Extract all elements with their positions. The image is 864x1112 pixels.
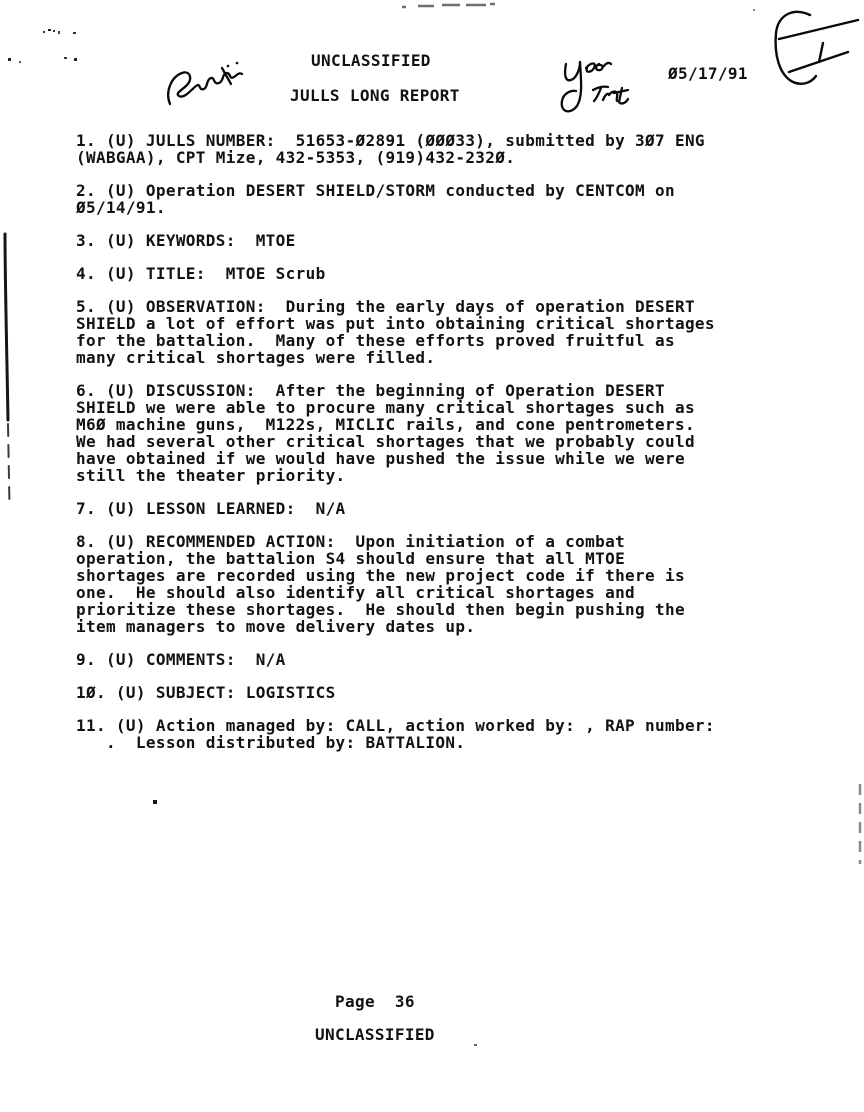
field-julls-number: 1. (U) JULLS NUMBER: 51653-Ø2891 (ØØØ33)… (76, 132, 776, 166)
scan-speckle (64, 57, 67, 59)
scan-speckle (58, 31, 60, 34)
report-title: JULLS LONG REPORT (290, 87, 460, 104)
field-comments: 9. (U) COMMENTS: N/A (76, 651, 776, 668)
scan-speckle (53, 30, 55, 32)
handwriting-yes-int-annotation (562, 62, 628, 111)
field-lesson-learned: 7. (U) LESSON LEARNED: N/A (76, 500, 776, 517)
field-recommended-action: 8. (U) RECOMMENDED ACTION: Upon initiati… (76, 533, 776, 635)
field-action-managed: 11. (U) Action managed by: CALL, action … (76, 717, 776, 751)
scan-speckle (43, 31, 45, 33)
top-edge-dash-artifact (402, 4, 495, 7)
scan-speckle (753, 9, 755, 11)
scan-speckle (153, 800, 157, 804)
scan-speckle (73, 32, 76, 34)
scan-speckle (474, 1044, 477, 1046)
scanned-document-page: UNCLASSIFIED JULLS LONG REPORT Ø5/17/91 … (0, 0, 864, 1112)
field-operation: 2. (U) Operation DESERT SHIELD/STORM con… (76, 182, 776, 216)
field-observation: 5. (U) OBSERVATION: During the early day… (76, 298, 776, 366)
left-edge-line-artifact (5, 234, 10, 506)
field-keywords: 3. (U) KEYWORDS: MTOE (76, 232, 776, 249)
field-title: 4. (U) TITLE: MTOE Scrub (76, 265, 776, 282)
report-date: Ø5/17/91 (668, 65, 748, 82)
page-number: Page 36 (335, 993, 415, 1010)
report-body: 1. (U) JULLS NUMBER: 51653-Ø2891 (ØØØ33)… (76, 132, 776, 767)
handwriting-sustain-annotation (168, 62, 242, 104)
field-discussion: 6. (U) DISCUSSION: After the beginning o… (76, 382, 776, 484)
circled-numeral-mark (776, 12, 858, 84)
scan-speckle (74, 58, 77, 61)
classification-header: UNCLASSIFIED (311, 52, 431, 69)
scan-speckle (8, 58, 11, 61)
classification-footer: UNCLASSIFIED (315, 1026, 435, 1043)
scan-speckle (48, 29, 51, 31)
field-subject: 1Ø. (U) SUBJECT: LOGISTICS (76, 684, 776, 701)
scan-speckle (19, 61, 21, 63)
